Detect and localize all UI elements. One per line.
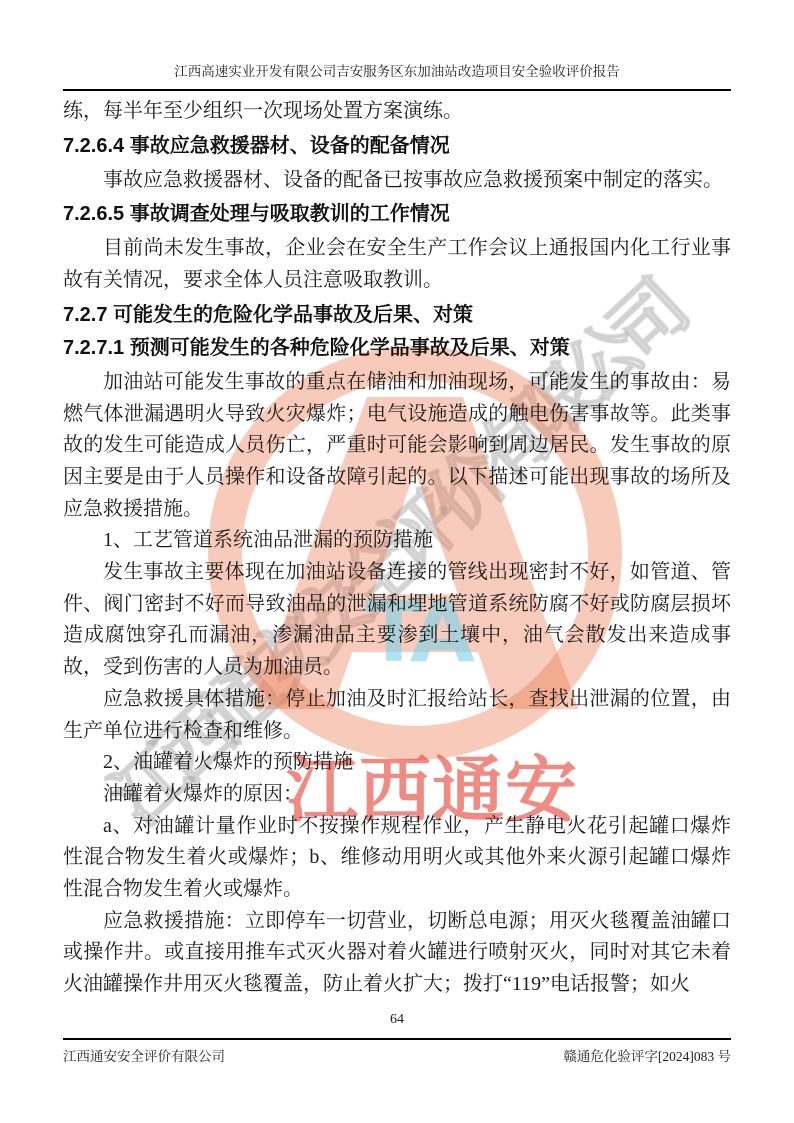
paragraph: 应急救援措施：立即停车一切营业，切断总电源；用灭火毯覆盖油罐口或操作井。或直接用… xyxy=(63,906,731,1001)
paragraph: 事故应急救援器材、设备的配备已按事故应急救援预案中制定的落实。 xyxy=(63,165,731,197)
document-body: 练，每半年至少组织一次现场处置方案演练。 7.2.6.4 事故应急救援器材、设备… xyxy=(63,96,731,1001)
paragraph: 发生事故主要体现在加油站设备连接的管线出现密封不好，如管道、管件、阀门密封不好而… xyxy=(63,557,731,684)
document-page: 江西通安安全评价有限公司 A TA 江西通安 江西高速实业开发有限公司吉安服务区… xyxy=(0,0,794,1123)
paragraph: 练，每半年至少组织一次现场处置方案演练。 xyxy=(63,96,731,128)
section-heading: 7.2.7.1 预测可能发生的各种危险化学品事故及后果、对策 xyxy=(63,334,731,363)
section-heading: 7.2.6.4 事故应急救援器材、设备的配备情况 xyxy=(63,132,731,161)
section-heading: 7.2.6.5 事故调查处理与吸取教训的工作情况 xyxy=(63,200,731,229)
page-footer: 江西通安安全评价有限公司 赣通危化验评字[2024]083 号 xyxy=(63,1038,731,1065)
paragraph: 油罐着火爆炸的原因： xyxy=(63,779,731,811)
paragraph: 加油站可能发生事故的重点在储油和加油现场，可能发生的事故由：易燃气体泄漏遇明火导… xyxy=(63,367,731,526)
paragraph: 应急救援具体措施：停止加油及时汇报给站长，查找出泄漏的位置，由生产单位进行检查和… xyxy=(63,684,731,747)
page-header-title: 江西高速实业开发有限公司吉安服务区东加油站改造项目安全验收评价报告 xyxy=(63,60,731,91)
paragraph: a、对油罐计量作业时不按操作规程作业，产生静电火花引起罐口爆炸性混合物发生着火或… xyxy=(63,811,731,906)
footer-doc-number: 赣通危化验评字[2024]083 号 xyxy=(563,1045,731,1065)
page-number: 64 xyxy=(63,1012,731,1028)
section-heading: 7.2.7 可能发生的危险化学品事故及后果、对策 xyxy=(63,301,731,330)
footer-company: 江西通安安全评价有限公司 xyxy=(63,1045,225,1065)
list-item-paragraph: 1、工艺管道系统油品泄漏的预防措施 xyxy=(63,525,731,557)
paragraph: 目前尚未发生事故，企业会在安全生产工作会议上通报国内化工行业事故有关情况，要求全… xyxy=(63,233,731,296)
list-item-paragraph: 2、油罐着火爆炸的预防措施 xyxy=(63,747,731,779)
